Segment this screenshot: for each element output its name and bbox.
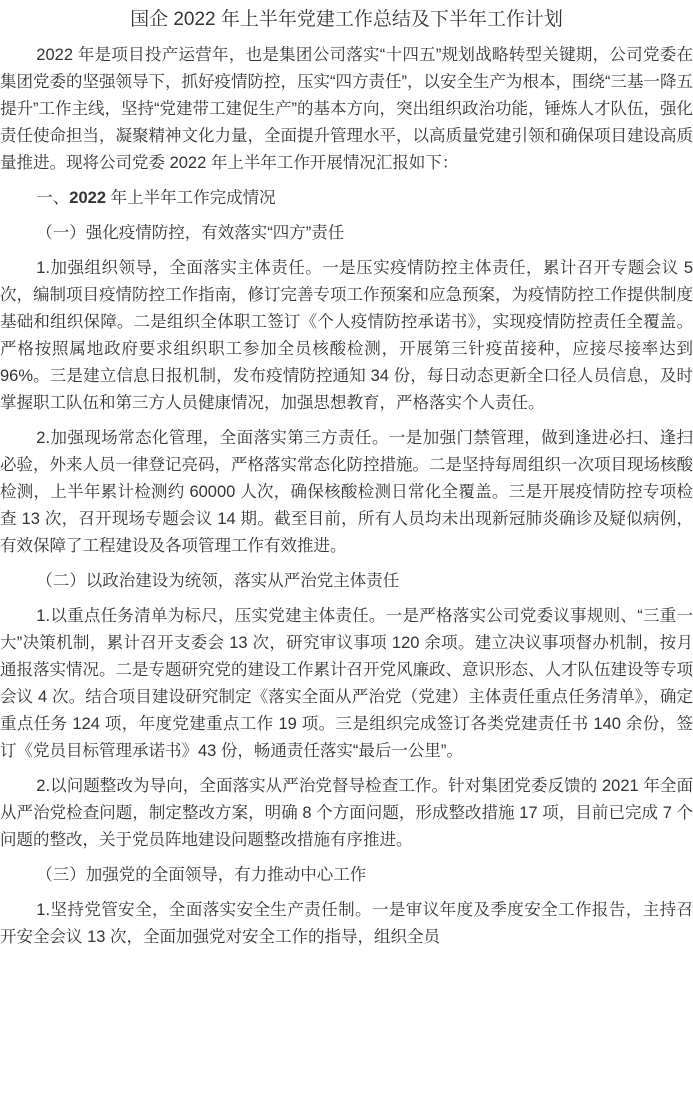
document-page: 国企 2022 年上半年党建工作总结及下半年工作计划 2022 年是项目投产运营…: [0, 0, 693, 1097]
subsection-1-paragraph-2: 2.加强现场常态化管理，全面落实第三方责任。一是加强门禁管理，做到逢进必扫、逢扫…: [0, 425, 693, 560]
subsection-3-heading: （三）加强党的全面领导，有力推动中心工作: [0, 862, 693, 889]
intro-paragraph: 2022 年是项目投产运营年，也是集团公司落实“十四五”规划战略转型关键期，公司…: [0, 42, 693, 177]
subsection-3-paragraph-1: 1.坚持党管安全，全面落实安全生产责任制。一是审议年度及季度安全工作报告，主持召…: [0, 897, 693, 951]
section-1-heading-rest: 年上半年工作完成情况: [106, 189, 276, 207]
subsection-2-paragraph-1: 1.以重点任务清单为标尺，压实党建主体责任。一是严格落实公司党委议事规则、“三重…: [0, 603, 693, 765]
section-1-heading-prefix: 一、: [36, 189, 69, 207]
subsection-2-paragraph-2: 2.以问题整改为导向，全面落实从严治党督导检查工作。针对集团党委反馈的 2021…: [0, 773, 693, 854]
subsection-1-paragraph-1: 1.加强组织领导，全面落实主体责任。一是压实疫情防控主体责任，累计召开专题会议 …: [0, 255, 693, 417]
section-1-heading: 一、2022 年上半年工作完成情况: [0, 185, 693, 212]
subsection-2-heading: （二）以政治建设为统领，落实从严治党主体责任: [0, 568, 693, 595]
subsection-1-heading: （一）强化疫情防控，有效落实“四方”责任: [0, 220, 693, 247]
section-1-heading-year: 2022: [69, 189, 106, 207]
document-title: 国企 2022 年上半年党建工作总结及下半年工作计划: [0, 6, 693, 33]
